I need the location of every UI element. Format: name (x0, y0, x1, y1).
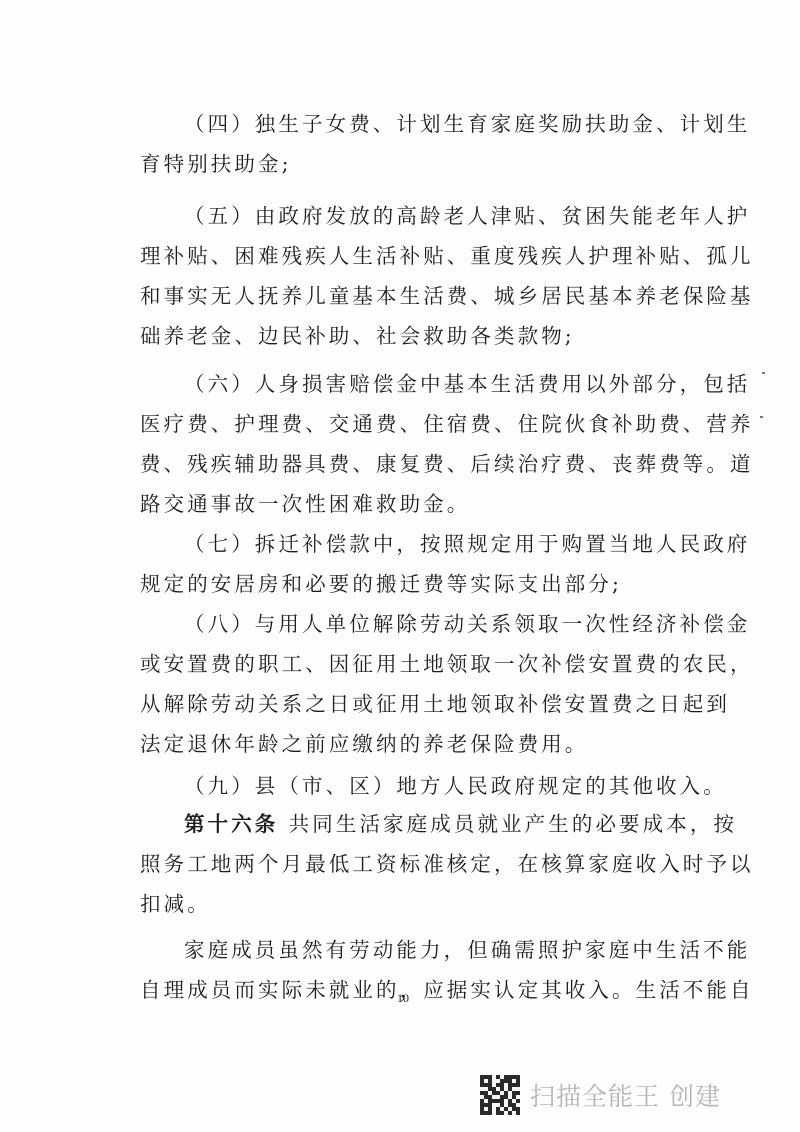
article-heading: 第十六条 (184, 812, 289, 836)
text-line: 扣减。 (140, 886, 668, 922)
text-line: 和事实无人抚养儿童基本生活费、城乡居民基本养老保险基 (140, 278, 668, 314)
text-line: 照务工地两个月最低工资标准核定，在核算家庭收入时予以 (140, 846, 668, 882)
text-line: 法定退休年龄之前应缴纳的养老保险费用。 (140, 726, 668, 762)
scan-speck (762, 372, 765, 374)
page-number: 10 (397, 991, 409, 1006)
text-line: （九）县（市、区）地方人民政府规定的其他收入。 (140, 768, 712, 804)
document-page: （四）独生子女费、计划生育家庭奖励扶助金、计划生 育特别扶助金; （五）由政府发… (0, 0, 800, 1132)
text-line: 费、残疾辅助器具费、康复费、后续治疗费、丧葬费等。道 (140, 446, 668, 482)
text-line: （五）由政府发放的高龄老人津贴、贫困失能老年人护 (140, 198, 712, 234)
text-line: 规定的安居房和必要的搬迁费等实际支出部分; (140, 566, 668, 602)
scan-speck (760, 416, 763, 418)
qr-code-icon (480, 1075, 520, 1115)
text-line: 础养老金、边民补助、社会救助各类款物; (140, 318, 668, 354)
text-line: 从解除劳动关系之日或征用土地领取补偿安置费之日起到 (140, 686, 668, 722)
text-line: （七）拆迁补偿款中，按照规定用于购置当地人民政府 (140, 526, 712, 562)
article-line: 第十六条 共同生活家庭成员就业产生的必要成本，按 (140, 806, 712, 842)
text-line: （六）人身损害赔偿金中基本生活费用以外部分，包括 (140, 366, 712, 402)
watermark-text: 扫描全能王 创建 (530, 1077, 721, 1113)
text-line: 家庭成员虽然有劳动能力，但确需照护家庭中生活不能 (140, 932, 712, 968)
text-line: 医疗费、护理费、交通费、住宿费、住院伙食补助费、营养 (140, 406, 668, 442)
text-line: （四）独生子女费、计划生育家庭奖励扶助金、计划生 (140, 106, 712, 142)
text-line: 或安置费的职工、因征用土地领取一次补偿安置费的农民， (140, 646, 668, 682)
text-line: （八）与用人单位解除劳动关系领取一次性经济补偿金 (140, 606, 712, 642)
text-line: 育特别扶助金; (140, 146, 668, 182)
text-line: 路交通事故一次性困难救助金。 (140, 486, 668, 522)
article-text: 共同生活家庭成员就业产生的必要成本，按 (289, 812, 737, 836)
scanner-watermark: 扫描全能王 创建 (480, 1075, 721, 1115)
text-line: 理补贴、困难残疾人生活补贴、重度残疾人护理补贴、孤儿 (140, 238, 668, 274)
